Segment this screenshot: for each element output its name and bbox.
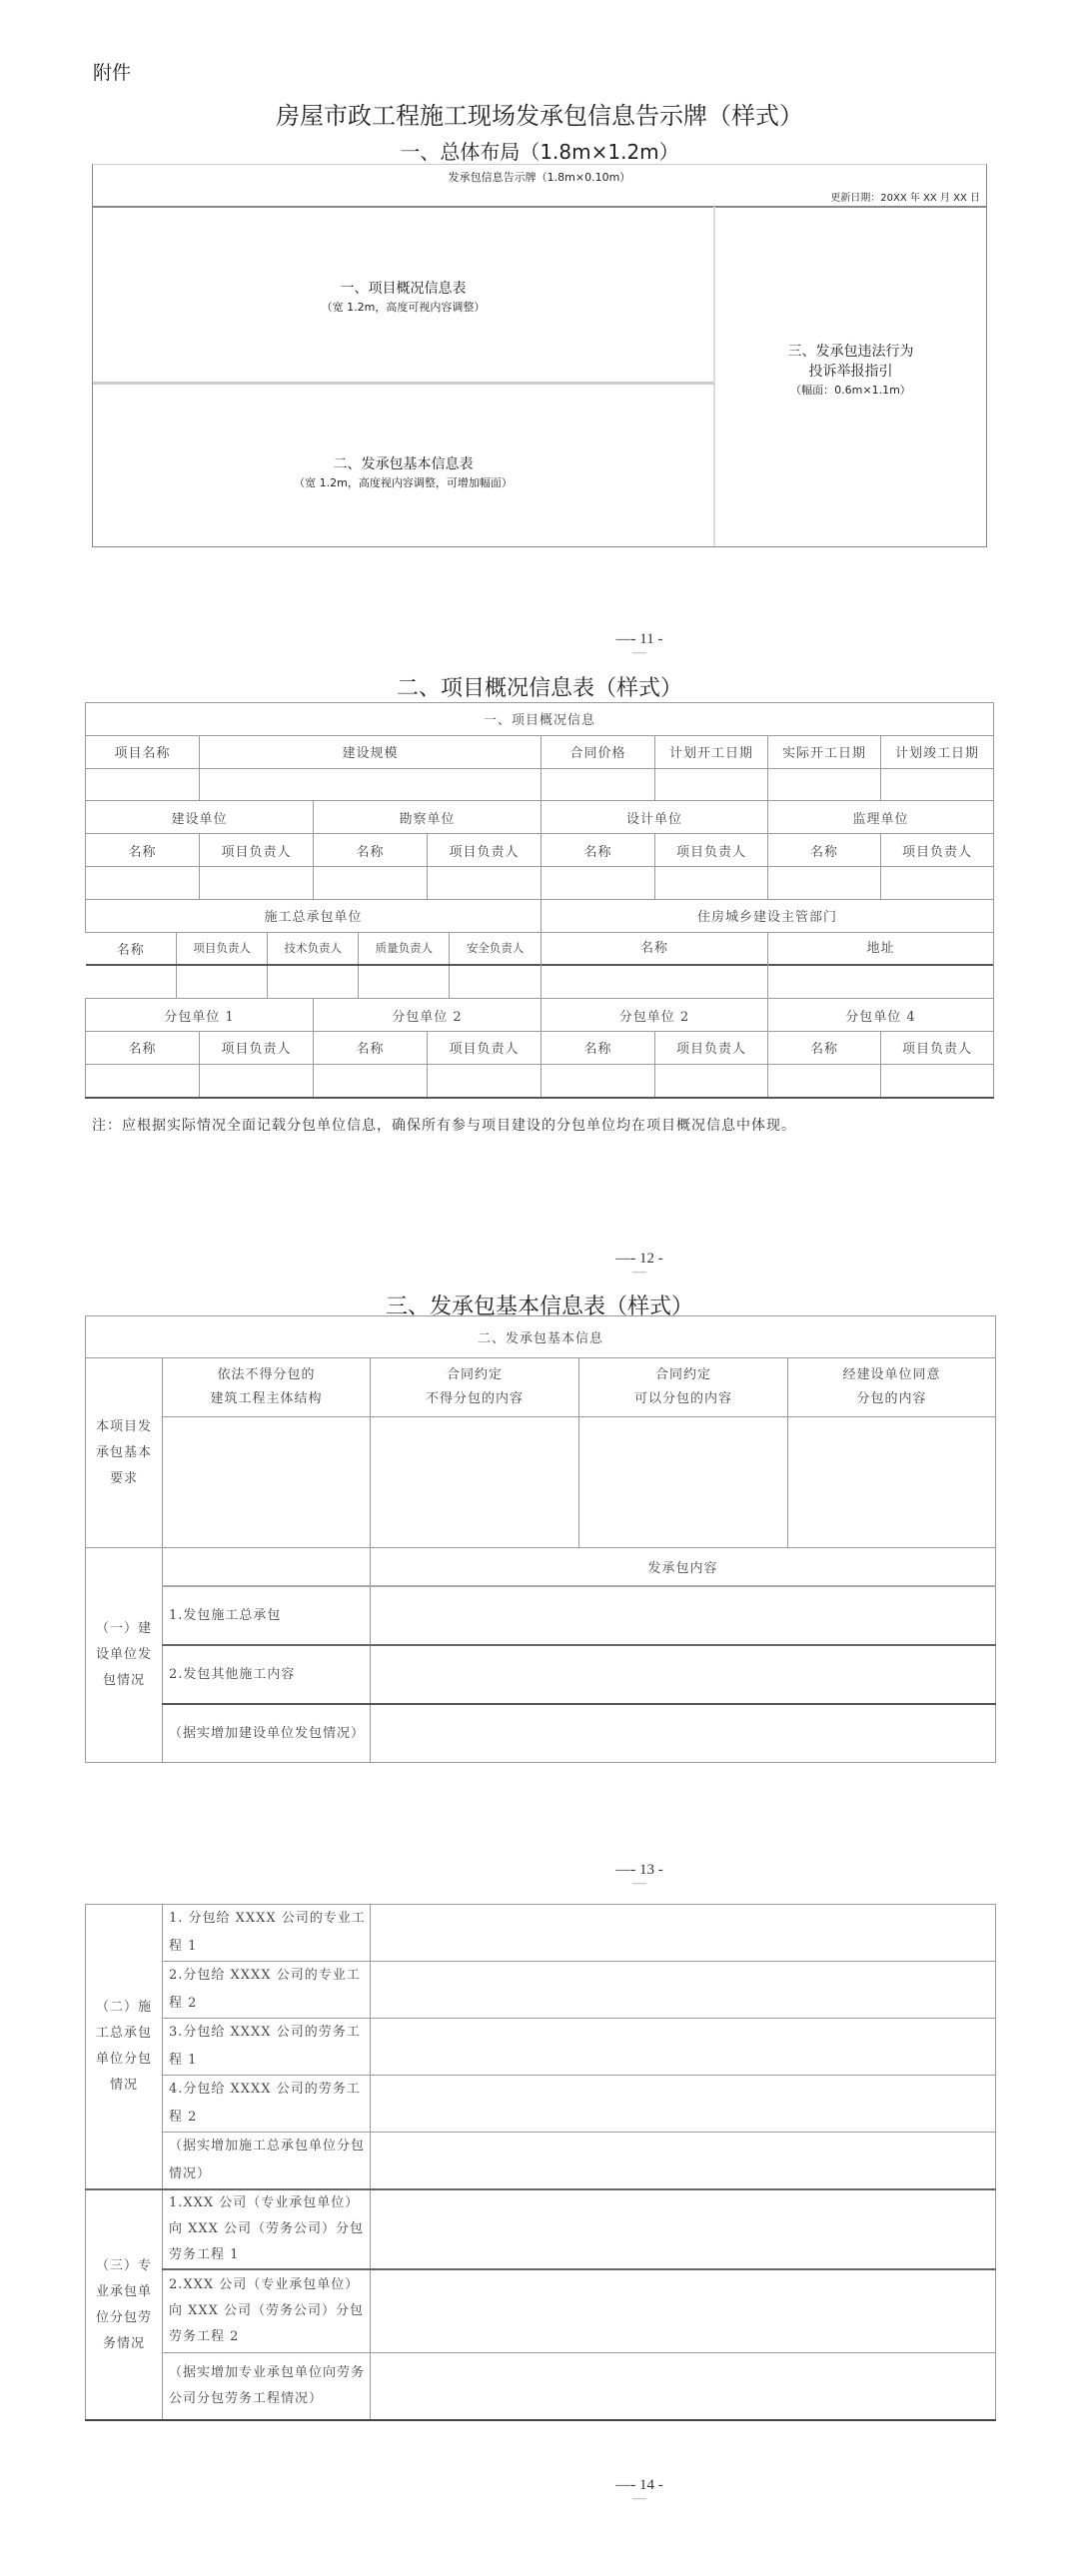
- cell-empty[interactable]: [655, 1064, 768, 1097]
- col-project-name: 项目名称: [86, 735, 200, 768]
- cell-empty[interactable]: [371, 1905, 996, 1962]
- table-row: 1.发包施工总承包: [86, 1586, 996, 1645]
- col-leader: 项目负责人: [655, 1031, 768, 1064]
- table-note: 注：应根据实际情况全面记载分包单位信息，确保所有参与项目建设的分包单位均在项目概…: [92, 1115, 796, 1135]
- cell-empty[interactable]: [881, 768, 994, 801]
- project-overview-table: 一、项目概况信息 项目名称 建设规模 合同价格 计划开工日期 实际开工日期 计划…: [85, 702, 994, 1099]
- gc-col-tech: 技术负责人: [268, 933, 359, 966]
- table-row: [86, 768, 994, 801]
- cell-empty[interactable]: [371, 1704, 996, 1763]
- unit-survey: 勘察单位: [314, 801, 541, 834]
- content-header: 发承包内容: [371, 1548, 996, 1587]
- housing-dept-header: 住房城乡建设主管部门: [541, 899, 994, 932]
- table-row: 2.XXX 公司（专业承包单位）向 XXX 公司（劳务公司）分包劳务工程 2: [86, 2269, 996, 2353]
- document-title: 房屋市政工程施工现场发承包信息告示牌（样式）: [0, 96, 1079, 131]
- col-name: 名称: [314, 834, 428, 867]
- cell-empty[interactable]: [541, 768, 655, 801]
- group1-item-1: 1.发包施工总承包: [163, 1586, 371, 1645]
- req-col-line: 依法不得分包的: [163, 1363, 370, 1387]
- general-contractor-header: 施工总承包单位: [86, 899, 541, 932]
- update-date: 更新日期：20XX 年 XX 月 XX 日: [830, 189, 980, 204]
- cell-empty[interactable]: [541, 866, 655, 899]
- cell-empty[interactable]: [881, 1064, 994, 1097]
- block2-title: 二、发承包基本信息表: [93, 454, 713, 474]
- group3-item-1: 1.XXX 公司（专业承包单位）向 XXX 公司（劳务公司）分包劳务工程 1: [163, 2189, 371, 2269]
- cell-empty[interactable]: [788, 1417, 996, 1548]
- section1-title: 一、总体布局（1.8m×1.2m）: [0, 136, 1079, 165]
- group2-item-5: （据实增加施工总承包单位分包情况）: [163, 2133, 371, 2190]
- block3-title-line1: 三、发承包违法行为: [715, 342, 986, 362]
- page-number-14: —- 14 - —: [599, 2477, 679, 2504]
- col-leader: 项目负责人: [428, 834, 541, 867]
- table-row: 3.分包给 XXXX 公司的劳务工程 1: [86, 2019, 996, 2076]
- req-col-line: 不得分包的内容: [371, 1387, 578, 1411]
- layout-diagram: 发承包信息告示牌（1.8m×0.10m） 更新日期：20XX 年 XX 月 XX…: [92, 164, 987, 547]
- subcontractor-1: 分包单位 1: [86, 999, 314, 1032]
- col-planned-start: 计划开工日期: [655, 735, 768, 768]
- req-col-line: 可以分包的内容: [579, 1387, 787, 1411]
- group2-item-2: 2.分包给 XXXX 公司的专业工程 2: [163, 1962, 371, 2019]
- subcontractor-3: 分包单位 2: [541, 999, 768, 1032]
- table-header: 一、项目概况信息: [86, 703, 994, 736]
- col-name: 名称: [314, 1031, 428, 1064]
- group1-label: （一）建设单位发包情况: [86, 1548, 163, 1763]
- req-col-line: 建筑工程主体结构: [163, 1387, 370, 1411]
- attachment-label: 附件: [93, 58, 131, 85]
- cell-empty[interactable]: [881, 866, 994, 899]
- table-row: 4.分包给 XXXX 公司的劳务工程 2: [86, 2076, 996, 2133]
- cell-empty[interactable]: [371, 1586, 996, 1645]
- block3-title-line2: 投诉举报指引: [715, 362, 986, 382]
- col-name: 名称: [86, 834, 200, 867]
- cell-empty[interactable]: [768, 966, 993, 998]
- cell-empty[interactable]: [655, 768, 768, 801]
- cell-empty[interactable]: [314, 1064, 428, 1097]
- subcontractor-4: 分包单位 4: [768, 999, 994, 1032]
- cell-empty[interactable]: [428, 1064, 541, 1097]
- block3-subtitle: （幅面：0.6m×1.1m）: [715, 382, 986, 400]
- col-leader: 项目负责人: [200, 834, 314, 867]
- cell-empty[interactable]: [541, 1064, 655, 1097]
- cell-empty[interactable]: [359, 965, 450, 998]
- cell-empty[interactable]: [268, 965, 359, 998]
- cell-empty[interactable]: [655, 866, 768, 899]
- group2-item-4: 4.分包给 XXXX 公司的劳务工程 2: [163, 2076, 371, 2133]
- col-leader: 项目负责人: [881, 834, 994, 867]
- req-col-approved-sub: 经建设单位同意 分包的内容: [788, 1358, 996, 1417]
- cell-empty[interactable]: [428, 866, 541, 899]
- cell-empty[interactable]: [86, 965, 177, 998]
- req-col-main-structure: 依法不得分包的 建筑工程主体结构: [163, 1358, 371, 1417]
- unit-design: 设计单位: [541, 801, 768, 834]
- gc-col-safety: 安全负责人: [450, 933, 540, 966]
- cell-empty[interactable]: [371, 2189, 996, 2269]
- section2-title: 二、项目概况信息表（样式）: [0, 671, 1079, 702]
- layout-block-project-overview: 一、项目概况信息表 （宽 1.2m，高度可视内容调整）: [93, 207, 715, 385]
- col-planned-finish: 计划竣工日期: [881, 735, 994, 768]
- req-col-line: 合同约定: [579, 1363, 787, 1387]
- col-name: 名称: [768, 1031, 881, 1064]
- col-name: 名称: [86, 1031, 200, 1064]
- table-row: [86, 1417, 996, 1548]
- cell-empty[interactable]: [86, 1064, 200, 1097]
- unit-supervision: 监理单位: [768, 801, 994, 834]
- req-col-line: 经建设单位同意: [788, 1363, 995, 1387]
- req-col-no-sub: 合同约定 不得分包的内容: [371, 1358, 579, 1417]
- col-name: 名称: [768, 834, 881, 867]
- cell-empty[interactable]: [371, 1645, 996, 1704]
- cell-empty[interactable]: [768, 1064, 881, 1097]
- cell-empty[interactable]: [768, 768, 881, 801]
- table-row: [86, 866, 994, 899]
- cell-empty[interactable]: [371, 1417, 579, 1548]
- unit-construction: 建设单位: [86, 801, 314, 834]
- group2-item-3: 3.分包给 XXXX 公司的劳务工程 1: [163, 2019, 371, 2076]
- gc-col-quality: 质量负责人: [359, 933, 450, 966]
- group1-item-2: 2.发包其他施工内容: [163, 1645, 371, 1704]
- cell-empty[interactable]: [541, 966, 767, 998]
- cell-empty: [163, 1548, 371, 1587]
- requirements-label: 本项目发承包基本要求: [86, 1358, 163, 1548]
- cell-empty[interactable]: [314, 866, 428, 899]
- block1-subtitle: （宽 1.2m，高度可视内容调整）: [93, 299, 713, 317]
- cell-empty[interactable]: [371, 2353, 996, 2421]
- table-header: 二、发承包基本信息: [86, 1316, 996, 1358]
- col-actual-start: 实际开工日期: [768, 735, 881, 768]
- layout-block-complaint-guide: 三、发承包违法行为 投诉举报指引 （幅面：0.6m×1.1m）: [715, 207, 986, 546]
- contract-info-table: 二、发承包基本信息 本项目发承包基本要求 依法不得分包的 建筑工程主体结构 合同…: [85, 1315, 996, 1763]
- cell-empty[interactable]: [163, 1417, 371, 1548]
- page-number-13: —- 13 - —: [599, 1862, 679, 1889]
- req-col-can-sub: 合同约定 可以分包的内容: [579, 1358, 788, 1417]
- col-leader: 项目负责人: [881, 1031, 994, 1064]
- cell-empty[interactable]: [371, 1962, 996, 2019]
- group1-item-3: （据实增加建设单位发包情况）: [163, 1704, 371, 1763]
- col-leader: 项目负责人: [655, 834, 768, 867]
- group2-item-1: 1. 分包给 XXXX 公司的专业工程 1: [163, 1905, 371, 1962]
- cell-empty[interactable]: [200, 768, 541, 801]
- col-name: 名称: [541, 834, 655, 867]
- table-row: （三）专业承包单位分包劳务情况 1.XXX 公司（专业承包单位）向 XXX 公司…: [86, 2189, 996, 2269]
- table-row: （二）施工总承包单位分包情况 1. 分包给 XXXX 公司的专业工程 1: [86, 1905, 996, 1962]
- gc-subtable: 名称 项目负责人 技术负责人 质量负责人 安全负责人: [86, 933, 541, 999]
- layout-block-contract-info: 二、发承包基本信息表 （宽 1.2m，高度视内容调整，可增加幅面）: [93, 385, 715, 546]
- subcontract-table: （二）施工总承包单位分包情况 1. 分包给 XXXX 公司的专业工程 1 2.分…: [85, 1904, 996, 2421]
- col-leader: 项目负责人: [200, 1031, 314, 1064]
- gov-col-name: 名称: [541, 933, 767, 967]
- subcontractor-2: 分包单位 2: [314, 999, 541, 1032]
- block1-title: 一、项目概况信息表: [93, 279, 713, 299]
- page-dash: —: [599, 648, 679, 658]
- table-row: 2.分包给 XXXX 公司的专业工程 2: [86, 1962, 996, 2019]
- cell-empty[interactable]: [579, 1417, 788, 1548]
- table-row: （据实增加施工总承包单位分包情况）: [86, 2133, 996, 2190]
- table-row: [86, 1064, 994, 1097]
- col-contract-price: 合同价格: [541, 735, 655, 768]
- cell-empty[interactable]: [371, 2076, 996, 2133]
- cell-empty[interactable]: [371, 2269, 996, 2353]
- cell-empty[interactable]: [86, 866, 200, 899]
- table-row: （据实增加建设单位发包情况）: [86, 1704, 996, 1763]
- layout-header-block: 发承包信息告示牌（1.8m×0.10m） 更新日期：20XX 年 XX 月 XX…: [93, 165, 986, 208]
- gov-col-address: 地址: [768, 933, 993, 967]
- req-col-line: 分包的内容: [788, 1387, 995, 1411]
- cell-empty[interactable]: [200, 1064, 314, 1097]
- group3-item-2: 2.XXX 公司（专业承包单位）向 XXX 公司（劳务公司）分包劳务工程 2: [163, 2269, 371, 2353]
- cell-empty[interactable]: [371, 2133, 996, 2190]
- cell-empty[interactable]: [200, 866, 314, 899]
- page-dash: —: [599, 1879, 679, 1889]
- cell-empty[interactable]: [768, 866, 881, 899]
- page-dash: —: [599, 2494, 679, 2504]
- table-row: （据实增加专业承包单位向劳务公司分包劳务工程情况）: [86, 2353, 996, 2421]
- table-row: 2.发包其他施工内容: [86, 1645, 996, 1704]
- col-leader: 项目负责人: [428, 1031, 541, 1064]
- page-number-12: —- 12 - —: [599, 1251, 679, 1278]
- req-col-line: 合同约定: [371, 1363, 578, 1387]
- cell-empty[interactable]: [450, 965, 540, 998]
- group3-item-3: （据实增加专业承包单位向劳务公司分包劳务工程情况）: [163, 2353, 371, 2421]
- gc-col-leader: 项目负责人: [177, 933, 268, 966]
- gc-col-name: 名称: [86, 933, 177, 966]
- group3-label: （三）专业承包单位分包劳务情况: [86, 2189, 163, 2420]
- page-dash: —: [599, 1268, 679, 1278]
- col-name: 名称: [541, 1031, 655, 1064]
- col-scale: 建设规模: [200, 735, 541, 768]
- cell-empty[interactable]: [86, 768, 200, 801]
- block2-subtitle: （宽 1.2m，高度视内容调整，可增加幅面）: [93, 474, 713, 492]
- header-block-title: 发承包信息告示牌（1.8m×0.10m）: [93, 169, 986, 185]
- cell-empty[interactable]: [371, 2019, 996, 2076]
- group2-label: （二）施工总承包单位分包情况: [86, 1905, 163, 2190]
- page-number-11: —- 11 - —: [599, 631, 679, 658]
- cell-empty[interactable]: [177, 965, 268, 998]
